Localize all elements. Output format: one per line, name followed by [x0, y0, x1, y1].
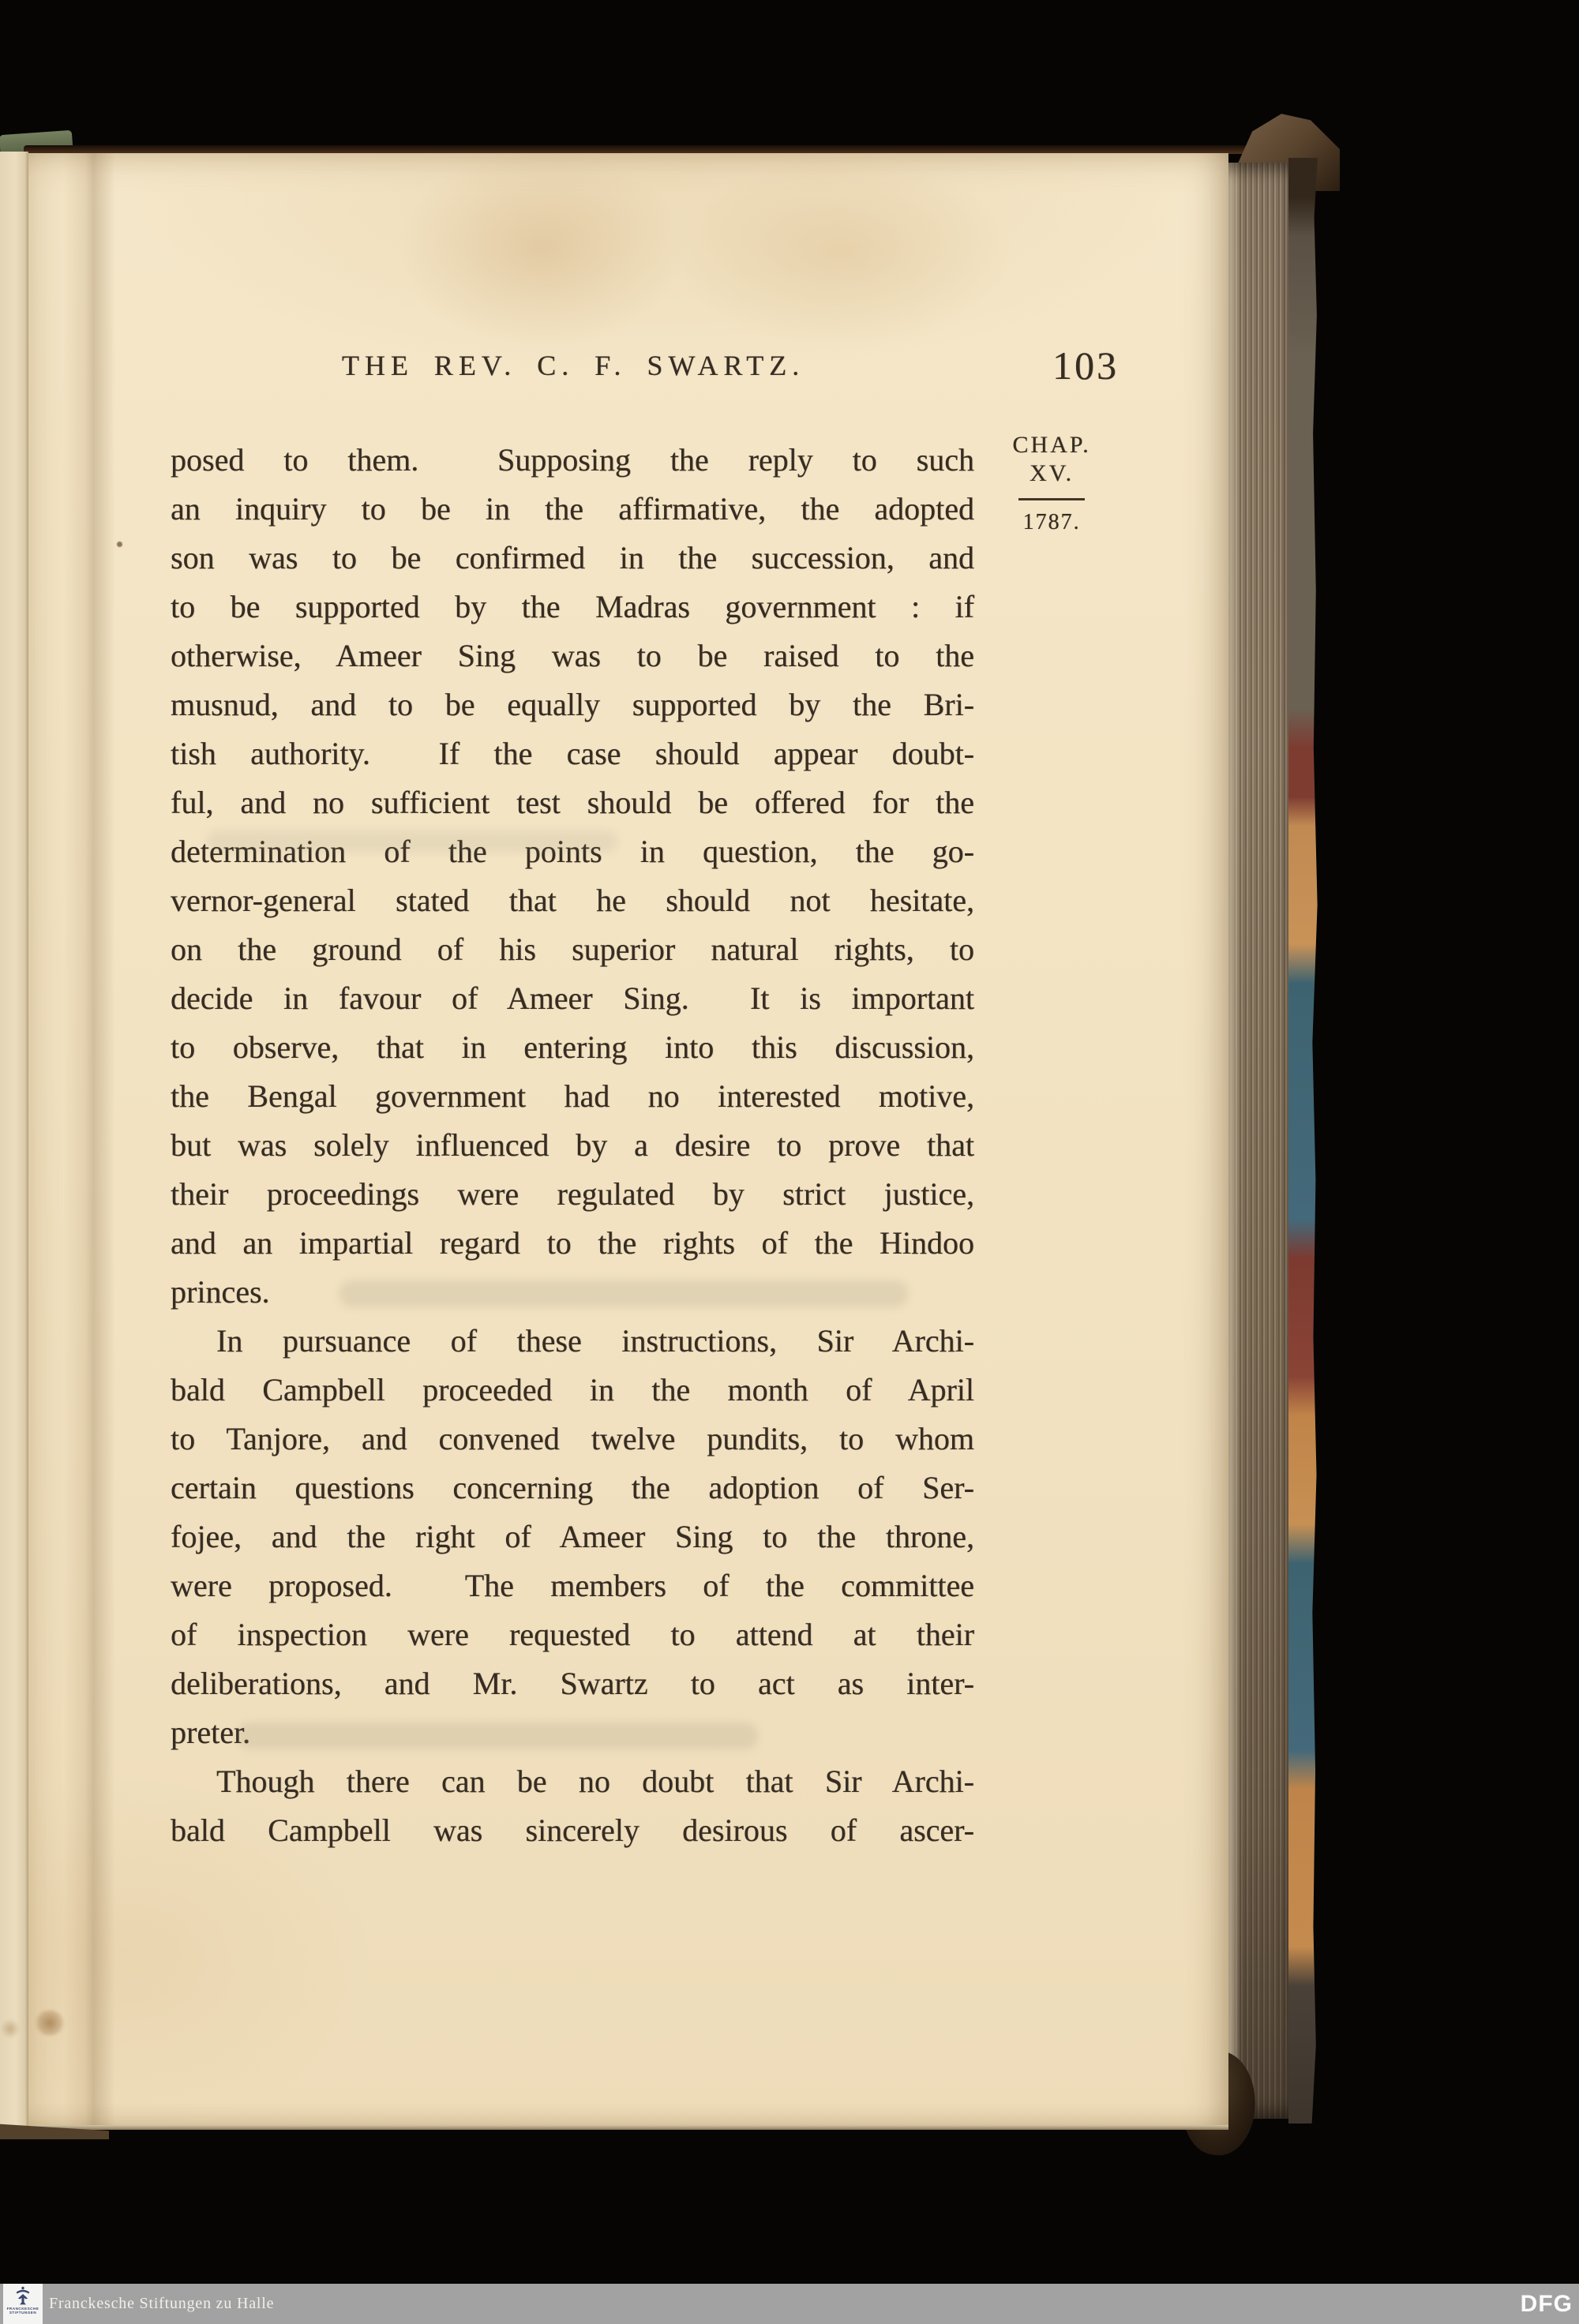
- text-line: to be supported by the Madras government…: [171, 583, 974, 632]
- text-line: but was solely influenced by a desire to…: [171, 1121, 974, 1170]
- foxing-stain: [35, 2010, 65, 2036]
- text-line: the Bengal government had no interested …: [171, 1072, 974, 1121]
- foxing-stain: [2, 2018, 19, 2040]
- page-bottom-edge: [28, 2125, 1228, 2130]
- text-line: to observe, that in entering into this d…: [171, 1023, 974, 1072]
- show-through-smudge: [207, 830, 617, 853]
- footer-bar: FRANCKESCHE STIFTUNGEN Franckesche Stift…: [0, 2284, 1579, 2324]
- margin-note: CHAP. XV. 1787.: [1001, 431, 1102, 537]
- text-line: of inspection were requested to attend a…: [171, 1610, 974, 1659]
- dfg-logo: DFG: [1521, 2284, 1573, 2324]
- francke-logo-line2: STIFTUNGEN: [7, 2311, 39, 2315]
- marbled-board-edge: [1288, 158, 1318, 2123]
- body-text: posed to them. Supposing the reply to su…: [171, 436, 974, 1855]
- text-line: vernor-general stated that he should not…: [171, 876, 974, 925]
- scan-background: THE REV. C. F. SWARTZ. 103 CHAP. XV. 178…: [0, 0, 1579, 2324]
- francke-emblem-icon: [13, 2286, 32, 2307]
- text-line: an inquiry to be in the affirmative, the…: [171, 485, 974, 534]
- institution-label: Franckesche Stiftungen zu Halle: [49, 2284, 274, 2324]
- text-line: musnud, and to be equally supported by t…: [171, 680, 974, 729]
- francke-logo: FRANCKESCHE STIFTUNGEN: [3, 2284, 43, 2324]
- page-number: 103: [1042, 343, 1129, 388]
- margin-chapter-numeral: XV.: [1001, 459, 1102, 488]
- text-line: son was to be confirmed in the successio…: [171, 534, 974, 583]
- text-line: were proposed. The members of the commit…: [171, 1561, 974, 1610]
- text-line: to Tanjore, and convened twelve pundits,…: [171, 1415, 974, 1464]
- ink-fleck: [117, 542, 122, 547]
- text-line: ful, and no sufficient test should be of…: [171, 778, 974, 827]
- margin-chapter: CHAP.: [1001, 431, 1102, 459]
- running-header: THE REV. C. F. SWARTZ.: [147, 349, 1000, 382]
- margin-rule: [1018, 498, 1085, 500]
- text-line: bald Campbell was sincerely desirous of …: [171, 1806, 974, 1855]
- show-through-smudge: [237, 1722, 758, 1749]
- text-line: Though there can be no doubt that Sir Ar…: [171, 1757, 974, 1806]
- text-line: their proceedings were regulated by stri…: [171, 1170, 974, 1219]
- text-line: In pursuance of these instructions, Sir …: [171, 1317, 974, 1366]
- text-line: decide in favour of Ameer Sing. It is im…: [171, 974, 974, 1023]
- text-line: posed to them. Supposing the reply to su…: [171, 436, 974, 485]
- francke-logo-text: FRANCKESCHE STIFTUNGEN: [7, 2307, 39, 2315]
- text-line: otherwise, Ameer Sing was to be raised t…: [171, 632, 974, 680]
- gutter-crease: [63, 153, 115, 2125]
- text-line: deliberations, and Mr. Swartz to act as …: [171, 1659, 974, 1708]
- margin-year: 1787.: [1001, 508, 1102, 537]
- text-line: fojee, and the right of Ameer Sing to th…: [171, 1512, 974, 1561]
- text-line: and an impartial regard to the rights of…: [171, 1219, 974, 1268]
- book-fore-edge: [1228, 163, 1288, 2119]
- text-line: on the ground of his superior natural ri…: [171, 925, 974, 974]
- text-line: bald Campbell proceeded in the month of …: [171, 1366, 974, 1415]
- text-line: tish authority. If the case should appea…: [171, 729, 974, 778]
- facing-page-edge: [0, 152, 28, 2127]
- show-through-smudge: [339, 1280, 908, 1307]
- book-page: THE REV. C. F. SWARTZ. 103 CHAP. XV. 178…: [28, 153, 1228, 2125]
- text-line: certain questions concerning the adoptio…: [171, 1464, 974, 1512]
